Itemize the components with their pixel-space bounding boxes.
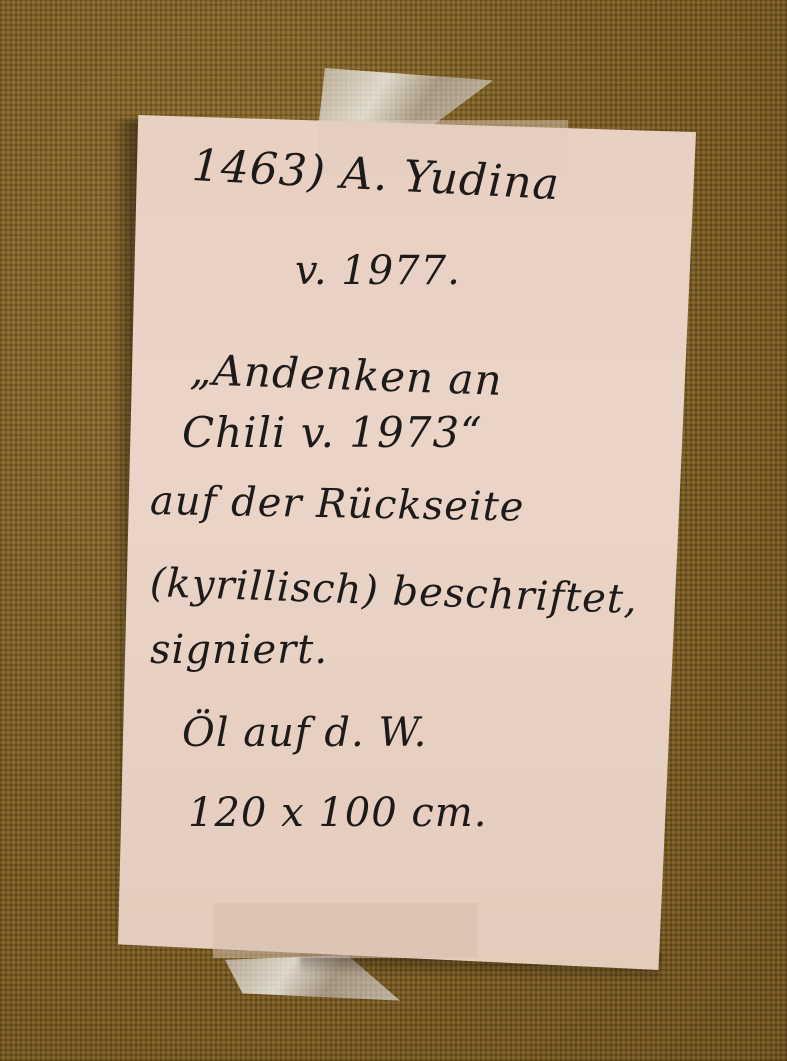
tape-bottom-overlay: [213, 903, 478, 958]
label-line-verso: auf der Rückseite: [150, 478, 525, 531]
label-line-year: v. 1977.: [295, 248, 461, 294]
label-line-title-2: Chili v. 1973“: [182, 408, 483, 457]
label-line-medium: Öl auf d. W.: [182, 710, 427, 756]
paper-label: [118, 115, 696, 970]
label-line-signed: signiert.: [150, 627, 328, 673]
label-line-dimensions: 120 x 100 cm.: [188, 790, 487, 836]
